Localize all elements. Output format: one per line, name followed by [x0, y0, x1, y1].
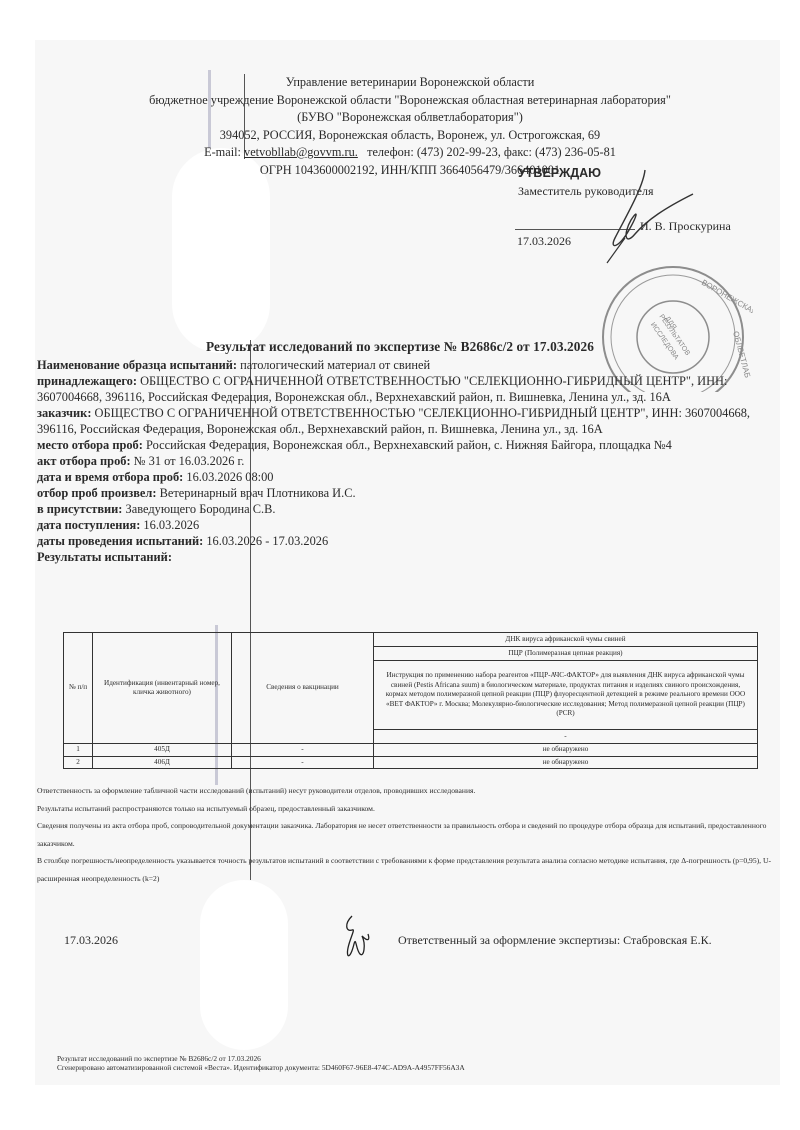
letterhead-short-name: (БУВО "Воронежская облветлаборатория")	[100, 109, 720, 127]
generated-reference: Результат исследований по экспертизе № В…	[57, 1054, 465, 1063]
header-indicator: ДНК вируса африканской чумы свиней	[374, 633, 758, 647]
letterhead-institution: бюджетное учреждение Воронежской области…	[100, 92, 720, 110]
redaction-block-bottom	[200, 880, 288, 1050]
header-method-short: ПЦР (Полимеразная цепная реакция)	[374, 647, 758, 661]
field-test-dates: даты проведения испытаний: 16.03.2026 - …	[37, 533, 767, 549]
svg-text:ВОРОНЕЖСКАЯ: ВОРОНЕЖСКАЯ	[700, 278, 753, 317]
email-label: E-mail:	[204, 145, 241, 159]
field-sample-name: Наименование образца испытаний: патологи…	[37, 357, 767, 373]
letterhead-agency: Управление ветеринарии Воронежской облас…	[100, 74, 720, 92]
header-norm: -	[374, 730, 758, 744]
table-row: 1 405Д - не обнаружено	[64, 744, 758, 757]
field-in-presence-of: в присутствии: Заведующего Бородина С.В.	[37, 501, 767, 517]
note-source: Сведения получены из акта отбора проб, с…	[37, 817, 777, 852]
footer-date: 17.03.2026	[64, 933, 118, 948]
note-uncertainty: В столбце погрешность/неопределенность у…	[37, 852, 777, 887]
notes-block: Ответственность за оформление табличной …	[37, 782, 777, 887]
results-heading: Результаты испытаний:	[37, 549, 767, 565]
field-received-date: дата поступления: 16.03.2026	[37, 517, 767, 533]
letterhead-address: 394052, РОССИЯ, Воронежская область, Вор…	[100, 127, 720, 145]
result-cell: не обнаружено	[374, 756, 758, 769]
field-sampling-act: акт отбора проб: № 31 от 16.03.2026 г.	[37, 453, 767, 469]
table-header-row: № п/п Идентификация (инвентарный номер, …	[64, 633, 758, 647]
field-sampling-datetime: дата и время отбора проб: 16.03.2026 08:…	[37, 469, 767, 485]
results-table: № п/п Идентификация (инвентарный номер, …	[63, 632, 758, 769]
header-num: № п/п	[64, 633, 93, 744]
field-sampling-place: место отбора проб: Российская Федерация,…	[37, 437, 767, 453]
table-row: 2 406Д - не обнаружено	[64, 756, 758, 769]
note-scope: Результаты испытаний распространяются то…	[37, 800, 777, 818]
email-link[interactable]: vetvobllab@govvm.ru.	[244, 145, 358, 159]
letterhead-contacts: E-mail: vetvobllab@govvm.ru. телефон: (4…	[100, 144, 720, 162]
header-method-doc: Инструкция по применению набора реагенто…	[374, 661, 758, 730]
approver-signature-icon	[585, 168, 695, 268]
field-sampled-by: отбор проб произвел: Ветеринарный врач П…	[37, 485, 767, 501]
document-title: Результат исследований по экспертизе № В…	[0, 339, 800, 355]
responsible-signature-icon	[340, 914, 375, 966]
header-vaccination: Сведения о вакцинации	[232, 633, 374, 744]
approval-date: 17.03.2026	[517, 234, 571, 249]
result-cell: не обнаружено	[374, 744, 758, 757]
responsible-person: Ответственный за оформление экспертизы: …	[398, 933, 712, 948]
field-owner: принадлежащего: ОБЩЕСТВО С ОГРАНИЧЕННОЙ …	[37, 373, 767, 405]
sample-details: Наименование образца испытаний: патологи…	[37, 357, 767, 565]
header-identification: Идентификация (инвентарный номер, кличка…	[93, 633, 232, 744]
phone-fax: телефон: (473) 202-99-23, факс: (473) 23…	[367, 145, 616, 159]
generated-footer: Результат исследований по экспертизе № В…	[57, 1054, 465, 1072]
field-customer: заказчик: ОБЩЕСТВО С ОГРАНИЧЕННОЙ ОТВЕТС…	[37, 405, 767, 437]
generated-document-id: Сгенерировано автоматизированной системо…	[57, 1063, 465, 1072]
note-responsibility: Ответственность за оформление табличной …	[37, 782, 777, 800]
